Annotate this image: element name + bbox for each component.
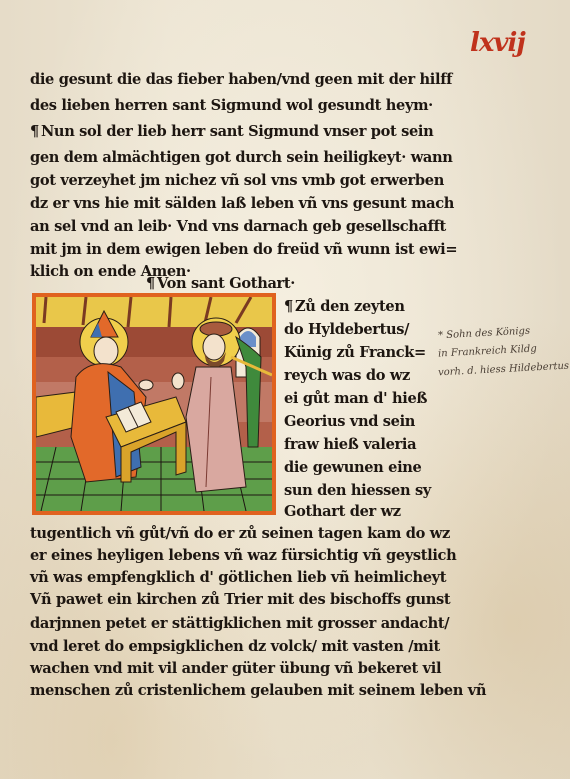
text-line: gen dem almächtigen got durch sein heili… (30, 148, 453, 168)
manuscript-page: lxvij die gesunt die das fieber haben/vn… (0, 0, 570, 779)
text-line: tugentlich vñ gůt/vñ do er zů seinen tag… (30, 524, 450, 544)
folio-number: lxvij (470, 28, 525, 58)
side-text-line: reych was do wz (284, 366, 410, 386)
side-text-line: Georius vnd sein (284, 412, 415, 432)
side-text-line: sun den hiessen sy (284, 481, 431, 501)
text-line: vñ was empfengklich d' götlichen lieb vñ… (30, 568, 446, 588)
woodcut-scene-icon (36, 297, 272, 511)
pilcrow-icon: ¶ (146, 275, 155, 292)
side-text-line: do Hyldebertus/ (284, 320, 409, 340)
text-line: menschen zů cristenlichem gelauben mit s… (30, 681, 486, 701)
text-line: ¶Nun sol der lieb herr sant Sigmund vnse… (30, 122, 433, 142)
text-line: mit jm in dem ewigen leben do freüd vñ w… (30, 240, 457, 260)
marginal-annotation-line: in Frankreich Kildg (438, 343, 537, 359)
text-line: an sel vnd an leib· Vnd vns darnach geb … (30, 217, 446, 237)
text-line: Vñ pawet ein kirchen zů Trier mit des bi… (30, 590, 450, 610)
side-text-line: die gewunen eine (284, 458, 422, 478)
side-text-line: ¶Zů den zeyten (284, 297, 405, 317)
side-text-line: fraw hieß valeria (284, 435, 416, 455)
woodcut-illustration (32, 293, 276, 515)
side-text-line: Gothart der wz (284, 502, 401, 522)
chapter-heading: ¶Von sant Gothart· (146, 274, 295, 294)
side-text-line: Künig zů Franck= (284, 343, 426, 363)
text-line: die gesunt die das fieber haben/vnd geen… (30, 70, 452, 90)
marginal-annotation-line: vorh. d. hiess Hildebertus (438, 361, 570, 379)
text-line: er eines heyligen lebens vñ waz fürsicht… (30, 546, 456, 566)
marginal-annotation-line: * Sohn des Königs (438, 326, 531, 342)
text-line-content: Nun sol der lieb herr sant Sigmund vnser… (41, 123, 433, 140)
text-line: darjnnen petet er stättigklichen mit gro… (30, 614, 449, 634)
side-text-content: Zů den zeyten (295, 298, 405, 315)
heading-text: Von sant Gothart· (157, 275, 295, 292)
text-line: des lieben herren sant Sigmund wol gesun… (30, 96, 433, 116)
side-text-line: ei gůt man d' hieß (284, 389, 427, 409)
text-line: got verzeyhet jm nichez vñ sol vns vmb g… (30, 171, 444, 191)
pilcrow-icon: ¶ (284, 298, 293, 315)
pilcrow-icon: ¶ (30, 123, 39, 140)
text-line: dz er vns hie mit sälden laß leben vñ vn… (30, 194, 454, 214)
text-line: wachen vnd mit vil ander güter übung vñ … (30, 659, 441, 679)
text-line: vnd leret do empsigklichen dz volck/ mit… (30, 637, 440, 657)
